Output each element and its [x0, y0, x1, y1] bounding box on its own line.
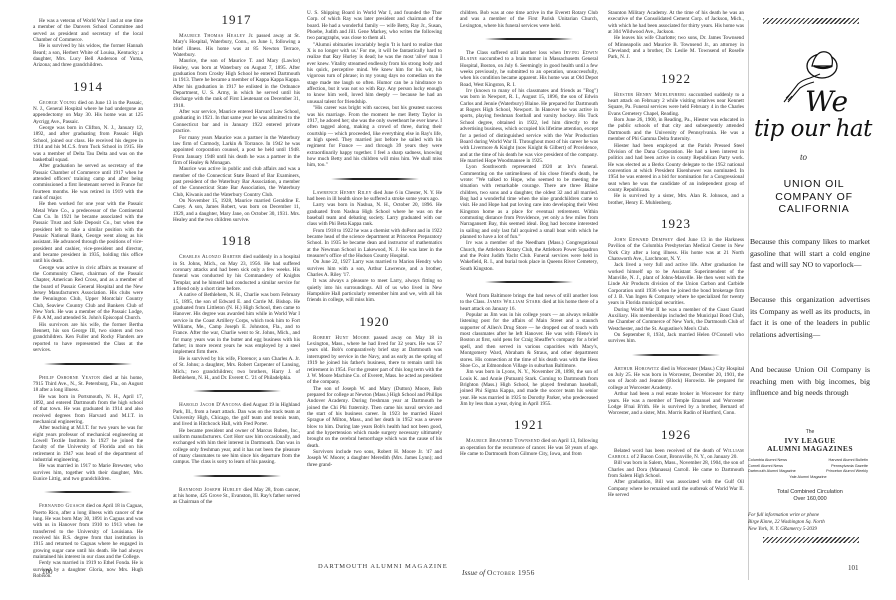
obituary-paragraph: Lyon Southworth represented 1920 at Irv'… [460, 164, 598, 240]
year-heading-1918: 1918 [173, 233, 300, 248]
section-divider [485, 281, 573, 283]
right-column-1: children. Bob was at one time active in … [460, 10, 598, 457]
obituary-paragraph: Jim was born in Lyons, N. Y., November 2… [460, 369, 598, 407]
headline-we: We [805, 88, 848, 116]
obituary-hurley: Raymond Joseph Hurley died May 28, from … [173, 487, 300, 506]
obituary-paragraph: Jack lived a very full and active life. … [608, 262, 744, 306]
section-divider [193, 475, 281, 477]
ivy-league-the: The [760, 429, 860, 435]
obituary-barter: Charles Alonzo Barter died suddenly in a… [173, 254, 300, 292]
obituary-yeaton: Philip Osborne Yeaton died at his home, … [33, 375, 143, 394]
decorative-border-bottom [763, 537, 859, 543]
obituary-paragraph: After war service, Maurice entered Harva… [173, 109, 300, 134]
obituary-paragraph: On November 15, 1928, Maurice married Ge… [173, 198, 300, 223]
obituary-moore: Robert Hunt Moore passed away on May 18 … [307, 335, 442, 386]
section-divider [485, 38, 573, 40]
section-divider [193, 390, 281, 392]
year-heading-1926: 1926 [608, 427, 744, 442]
obituary-paragraph: Maurice, the son of Maurice T. and Mary … [173, 58, 300, 109]
section-divider [632, 354, 720, 356]
obituary-paragraph: Larry was born in Nashua, N. H., October… [307, 202, 442, 227]
obituary-paragraph: On September 8, 1934, Jack married Helen… [608, 332, 744, 345]
obituary-paragraph: Born June 26, 1900, in Reading, Pa., Hie… [608, 117, 744, 142]
section-divider [44, 363, 132, 365]
year-heading-1923: 1923 [608, 216, 744, 231]
year-heading-1917: 1917 [173, 12, 300, 27]
obituary-paragraph: Maurice was active in public and club af… [173, 166, 300, 198]
headline-to: to [800, 152, 807, 162]
year-heading-1922: 1922 [608, 71, 744, 86]
obituary-paragraph: Popular as Jim was in his college years … [460, 312, 598, 369]
left-column-3: U. S. Shipping Board in World War I, and… [307, 10, 442, 468]
obituary-paragraph: He was born in Portsmouth, N. H., April … [33, 394, 143, 426]
company-name: UNION OIL COMPANY OF CALIFORNIA [760, 178, 868, 216]
magazine-footer: DARTMOUTH ALUMNI MAGAZINE [318, 563, 448, 570]
contact-info: For full information write or phone Birg… [748, 513, 870, 533]
year-heading-1914: 1914 [33, 79, 143, 94]
obituary-paragraph: "His career was bright with success, but… [307, 105, 442, 168]
obituary-paragraph: Irv (known to many of his classmates and… [460, 88, 598, 164]
obituary-townsend: Maurice Brainerd Townsend died on April … [460, 438, 598, 457]
obituary-paragraph: He was married in 1917 to Marie Brewster… [33, 463, 143, 482]
obituary-paragraph: Arthur had been a real estate broker in … [608, 391, 744, 416]
section-divider [331, 178, 419, 180]
ivy-league-title: IVY LEAGUE ALUMNI MAGAZINES [754, 437, 866, 453]
left-column-2: 1917 Maurice Thomas Healey Jr. passed aw… [173, 10, 300, 506]
decorative-border-top [763, 18, 859, 24]
obituary-paragraph: After teaching at M.I.T. for two years h… [33, 425, 143, 463]
headline-tip-our-hat: tip our hat [754, 116, 872, 142]
obituary-paragraph: George was active in civic affairs as tr… [33, 265, 143, 322]
obituary-paragraph: After graduation he served as secretary … [33, 163, 143, 201]
obituary-paragraph: He became president and owner of Marcus … [173, 428, 300, 466]
obituary-riley: Lawrence Henry Riley died June 6 in Ches… [307, 190, 442, 203]
year-heading-1921: 1921 [460, 417, 598, 432]
obituary-paragraph: He is survived by his wife, Florence; a … [173, 356, 300, 381]
obituary-paragraph: U. S. Shipping Board in World War I, and… [307, 10, 442, 42]
obituary-paragraph: During World War II he was a member of t… [608, 307, 744, 332]
obituary-paragraph: George was born in Clifton, N. J., Janua… [33, 125, 143, 163]
obituary-paragraph: Survivors include two sons, Robert H. Mo… [307, 449, 442, 468]
obituary-paragraph: The son of Joseph W. and Mary (Dutton) M… [307, 386, 442, 449]
obituary-stark: Word from Baltimore brings the bad news … [460, 293, 598, 312]
ad-body-paragraph: And because Union Oil Company is reachin… [750, 364, 870, 399]
obituary-paragraph: He then worked for one year with the Pas… [33, 201, 143, 264]
obituary-horowitz: Arthur Horowitz died in Worcester (Mass.… [608, 366, 744, 391]
obituary-paragraph: Hiester had been employed at the Parish … [608, 143, 744, 194]
obituary-dempsey: John Edward Dempsey died June 13 in the … [608, 237, 744, 262]
column-rule [748, 20, 749, 580]
obituary-paragraph: Irv was a member of the Needham (Mass.) … [460, 240, 598, 272]
page-number-left: 100 [42, 568, 53, 576]
left-column-1: He was a veteran of World War I and at o… [33, 18, 143, 579]
intro-paragraph: He was a veteran of World War I and at o… [33, 18, 143, 43]
obituary-paragraph: children. Bob was at one time active in … [460, 10, 598, 29]
issue-footer: Issue of October 1956 [462, 568, 535, 577]
obituary-paragraph: Bill was born in Salem, Mass., November … [608, 460, 744, 479]
obituary-paragraph: He is survived by a sister, Mrs. Alan R.… [608, 193, 744, 206]
ivy-magazine-list: Columbia Alumni NewsHarvard Alumni Bulle… [748, 458, 868, 480]
obituary-carroll: Belated word has been received of the de… [608, 448, 744, 461]
union-oil-advertisement: We tip our hat to UNION OIL COMPANY OF C… [760, 0, 896, 600]
obituary-paragraph: From 1918 to 1922 he was a chemist with … [307, 228, 442, 260]
obituary-paragraph: A native of Bethlehem, N. H., Charlie wa… [173, 292, 300, 355]
obituary-dancona: Harold Jacob D'Ancona died August 19 in … [173, 402, 300, 427]
section-divider [44, 491, 132, 493]
obituary-healey: Maurice Thomas Healey Jr. passed away at… [173, 33, 300, 58]
obituary-paragraph: For many years Maurice was a partner in … [173, 135, 300, 167]
magazine-row: Yale Alumni Magazine [748, 475, 868, 481]
obituary-paragraph: His survivors are his wife, the former B… [33, 322, 143, 354]
obituary-young: George Young died on June 13 in the Pass… [33, 100, 143, 125]
obituary-guasch: Fernando Guasch died on April 18 in Cagu… [33, 503, 143, 560]
obituary-paragraph: "Alumni obituaries invariably begin 'It … [307, 42, 442, 105]
year-heading-1920: 1920 [307, 314, 442, 329]
page-number-right: 101 [848, 564, 859, 572]
obituary-paragraph: After graduation, Bill was associated wi… [608, 479, 744, 498]
obituary-paragraph: He leaves his wife Charlotte; two sons, … [608, 35, 744, 60]
circulation-info: Total Combined Circulation Over 160,000 [754, 489, 866, 503]
obituary-paragraph: Staunton Military Academy. At the time o… [608, 10, 744, 35]
obituary-paragraph: It was always a pleasure to meet Larry, … [307, 278, 442, 303]
right-column-2: Staunton Military Academy. At the time o… [608, 10, 744, 498]
obituary-muhlenberg: Hiester Henry Muhlenberg succumbed sudde… [608, 92, 744, 117]
ad-body-paragraph: Because this company likes to market gas… [750, 236, 870, 271]
intro-paragraph: He is survived by his widow, the former … [33, 43, 143, 68]
obituary-paragraph: On June 22, 1927 Larry was married to Ma… [307, 259, 442, 278]
obituary-blaine: The Class suffered still another loss wh… [460, 50, 598, 88]
ad-body-paragraph: Because this organization advertises its… [750, 294, 870, 340]
